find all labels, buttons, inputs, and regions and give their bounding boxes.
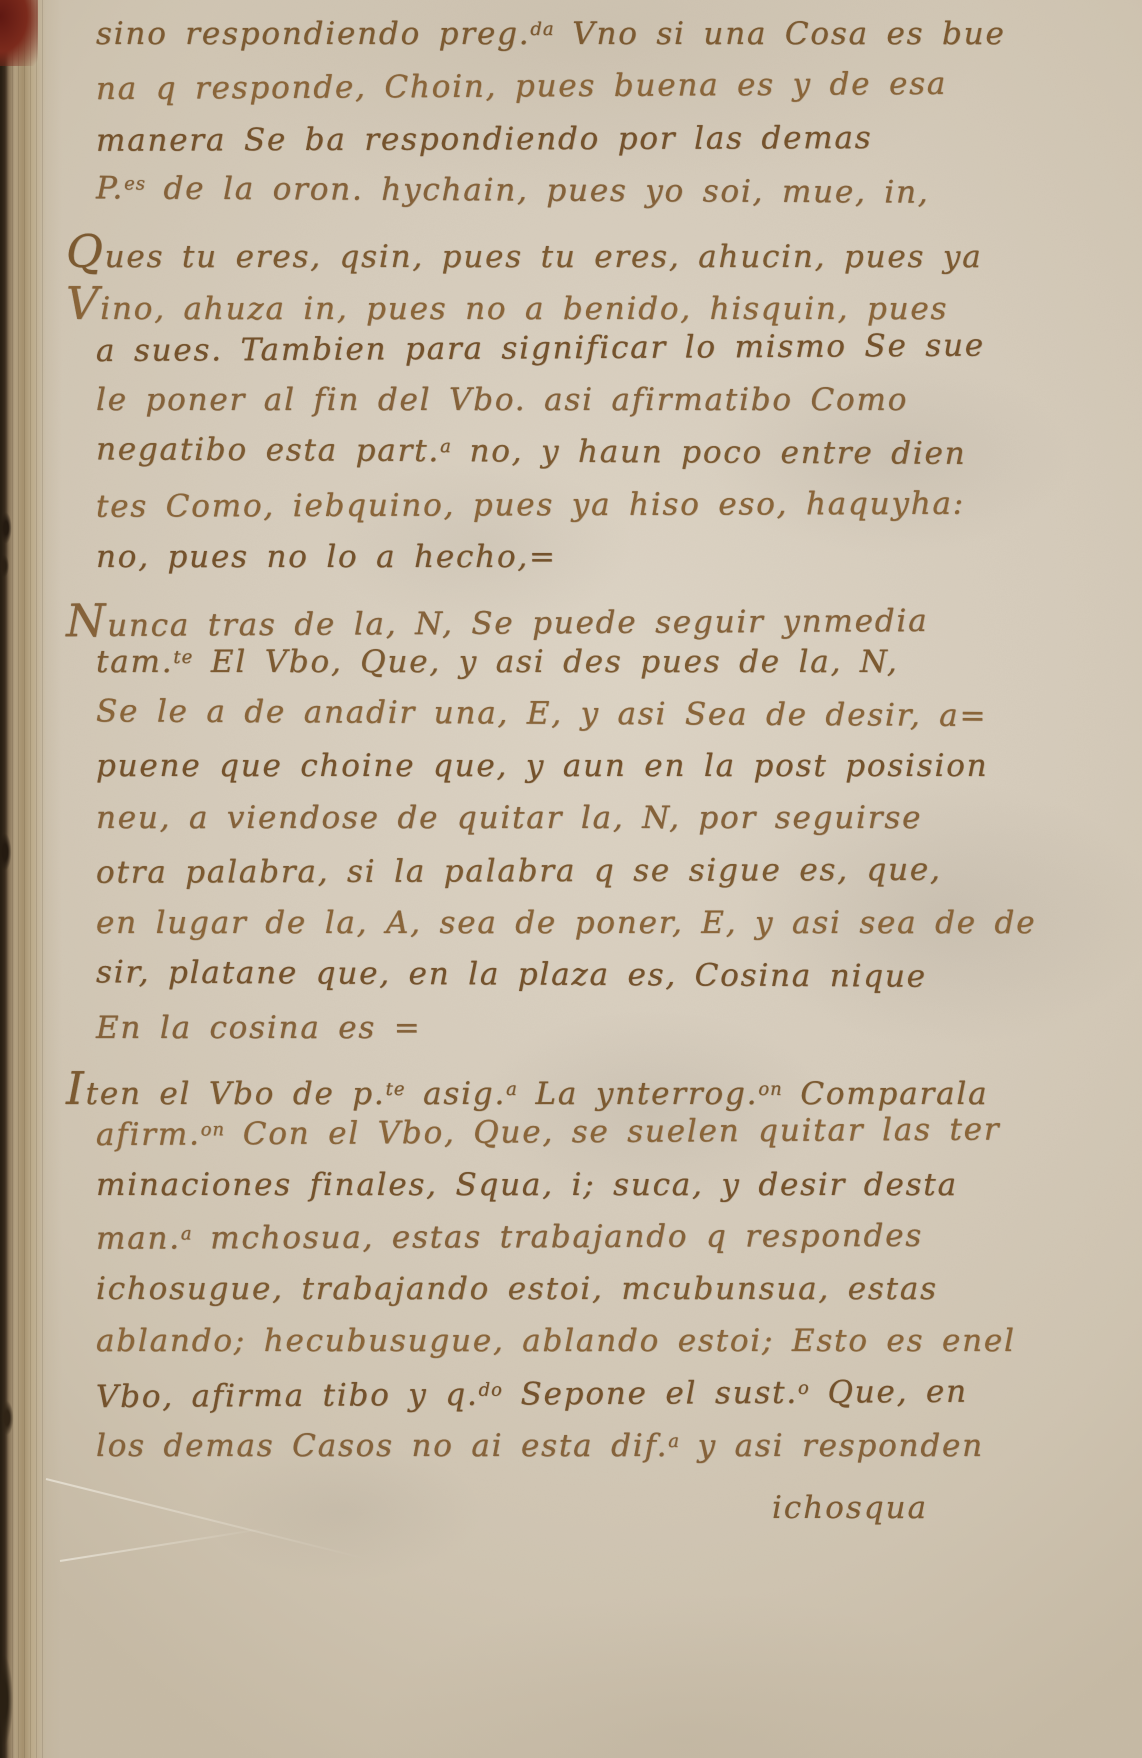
manuscript-line: puene que choine que, y aun en la post p… <box>96 748 1114 800</box>
manuscript-line: afirm.on Con el Vbo, Que, se suelen quit… <box>96 1111 1114 1170</box>
manuscript-line: Ques tu eres, qsin, pues tu eres, ahucin… <box>96 225 1114 277</box>
manuscript-line: Iten el Vbo de p.te asig.a La ynterrog.o… <box>96 1062 1114 1114</box>
manuscript-line: le poner al fin del Vbo. asi afirmatibo … <box>96 382 1114 434</box>
manuscript-line: no, pues no lo a hecho,= <box>96 539 1114 591</box>
manuscript-line: man.a mchosua, estas trabajando q respon… <box>96 1217 1114 1273</box>
manuscript-line: Vino, ahuza in, pues no a benido, hisqui… <box>96 277 1114 329</box>
manuscript-line: manera Se ba respondiendo por las demas <box>96 119 1114 175</box>
manuscript-line: otra palabra, si la palabra q se sigue e… <box>96 851 1114 907</box>
red-corner-mark <box>0 0 38 66</box>
book-gutter-edge <box>0 0 62 1758</box>
manuscript-line: minaciones finales, Squa, i; suca, y des… <box>96 1167 1114 1219</box>
manuscript-line: Se le a de anadir una, E, y asi Sea de d… <box>96 693 1114 751</box>
manuscript-line: na q responde, Choin, pues buena es y de… <box>96 65 1114 124</box>
manuscript-line: negatibo esta part.a no, y haun poco ent… <box>96 432 1114 490</box>
paper-crease <box>46 1478 367 1560</box>
manuscript-text-block: sino respondiendo preg.da Vno si una Cos… <box>96 16 1114 1480</box>
manuscript-line: tam.te El Vbo, Que, y asi des pues de la… <box>96 644 1114 696</box>
manuscript-line: Nunca tras de la, N, Se puede seguir ynm… <box>96 588 1114 647</box>
manuscript-line: En la cosina es = <box>96 1010 1114 1062</box>
manuscript-line: ablando; hecubusugue, ablando estoi; Est… <box>96 1323 1114 1375</box>
manuscript-line: sino respondiendo preg.da Vno si una Cos… <box>96 16 1114 68</box>
manuscript-line: tes Como, iebquino, pues ya hiso eso, ha… <box>96 485 1114 541</box>
paper-crease <box>60 1527 268 1562</box>
manuscript-line: neu, a viendose de quitar la, N, por seg… <box>96 800 1114 852</box>
manuscript-page: sino respondiendo preg.da Vno si una Cos… <box>0 0 1142 1758</box>
manuscript-line: los demas Casos no ai esta dif.a y asi r… <box>96 1428 1114 1480</box>
manuscript-line: P.es de la oron. hychain, pues yo soi, m… <box>96 170 1114 228</box>
manuscript-line: ichosugue, trabajando estoi, mcubunsua, … <box>96 1271 1114 1323</box>
manuscript-line: en lugar de la, A, sea de poner, E, y as… <box>96 905 1114 957</box>
manuscript-line: sir, platane que, en la plaza es, Cosina… <box>96 955 1114 1013</box>
manuscript-line: Vbo, afirma tibo y q.do Sepone el sust.o… <box>96 1373 1114 1432</box>
manuscript-line: a sues. Tambien para significar lo mismo… <box>96 327 1114 386</box>
catchword: ichosqua <box>772 1490 928 1526</box>
